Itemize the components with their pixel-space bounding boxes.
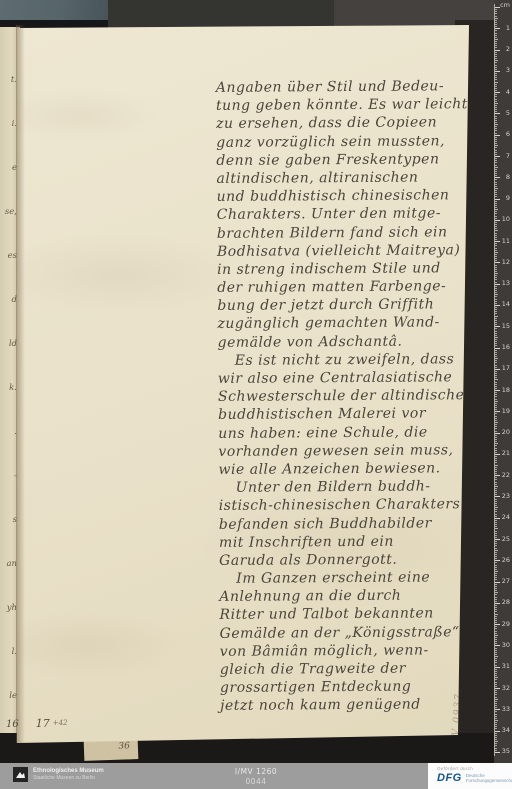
ruler-tick xyxy=(495,216,497,217)
ruler-tick xyxy=(495,186,497,187)
ruler-tick xyxy=(495,250,497,251)
handwritten-line: gleich die Tragweite der xyxy=(220,659,482,679)
ruler-tick xyxy=(495,39,498,40)
ruler-label: 26 xyxy=(502,557,510,564)
handwritten-line: mit Inschriften und ein xyxy=(219,532,481,552)
ruler-tick xyxy=(495,614,498,615)
ruler-tick xyxy=(495,377,497,378)
ruler-tick xyxy=(495,207,497,208)
ruler-tick xyxy=(495,673,497,674)
ruler-tick xyxy=(495,594,497,595)
ruler-label: 3 xyxy=(506,67,510,74)
ruler-tick xyxy=(495,84,497,85)
ruler-label: 19 xyxy=(502,408,510,415)
ruler-tick xyxy=(495,96,497,97)
handwritten-line: uns haben: eine Schule, die xyxy=(218,423,480,443)
ruler-tick xyxy=(495,145,498,146)
ruler-tick xyxy=(495,331,497,332)
ruler-tick xyxy=(495,482,497,483)
ruler-tick xyxy=(495,577,497,578)
ruler-tick xyxy=(495,20,497,21)
ruler-tick xyxy=(495,562,497,563)
ruler-tick xyxy=(495,116,497,117)
handwritten-line: Bodhisatva (vielleicht Maitreya) xyxy=(217,241,479,261)
ruler-tick xyxy=(495,492,497,493)
ruler-tick xyxy=(495,203,497,204)
ruler-tick xyxy=(495,367,497,368)
ruler-tick xyxy=(495,511,497,512)
ruler-tick xyxy=(495,479,497,480)
ruler-tick xyxy=(495,179,497,180)
ruler-tick xyxy=(495,422,498,423)
ruler-tick xyxy=(495,326,500,327)
ruler-tick xyxy=(495,694,497,695)
ruler-tick xyxy=(495,296,497,297)
ruler-tick xyxy=(495,569,497,570)
handwritten-line: wir also eine Centralasiatische xyxy=(218,368,480,388)
ruler-tick xyxy=(495,416,497,417)
ruler-tick xyxy=(495,143,497,144)
ruler-label: 11 xyxy=(502,238,510,245)
ruler-tick xyxy=(495,748,497,749)
dfg-logo: Gefördert durch DFG Deutsche Forschungsg… xyxy=(428,763,512,789)
ruler-tick xyxy=(495,724,497,725)
ruler-tick xyxy=(495,333,497,334)
ruler-tick xyxy=(495,165,497,166)
ruler-tick xyxy=(495,471,497,472)
ruler-tick xyxy=(495,284,500,285)
dfg-org-line2: Forschungsgemeinschaft xyxy=(466,778,512,784)
ruler-label: 4 xyxy=(506,89,510,96)
ruler-tick xyxy=(495,133,497,134)
ruler-tick xyxy=(495,528,498,529)
ruler-tick xyxy=(495,358,498,359)
ruler-tick xyxy=(495,516,497,517)
ruler-tick xyxy=(495,196,497,197)
ruler-tick xyxy=(495,582,500,583)
ruler-tick xyxy=(495,652,497,653)
ruler-tick xyxy=(495,35,497,36)
ruler-label: 27 xyxy=(502,578,510,585)
ruler-tick xyxy=(495,705,497,706)
ruler-tick xyxy=(495,7,500,8)
ruler-tick xyxy=(495,275,497,276)
ruler-tick xyxy=(495,379,498,380)
ruler-tick xyxy=(495,418,497,419)
ruler-tick xyxy=(495,496,500,497)
ruler-tick xyxy=(495,41,497,42)
handwritten-line: wie alle Anzeichen bewiesen. xyxy=(218,459,480,479)
ruler-tick xyxy=(495,390,500,391)
ruler-tick xyxy=(495,584,497,585)
ruler-tick xyxy=(495,16,497,17)
ruler-tick xyxy=(495,473,497,474)
handwritten-line: grossartigen Entdeckung xyxy=(220,677,482,697)
ruler-tick xyxy=(495,324,497,325)
ruler-tick xyxy=(495,441,497,442)
ruler-tick xyxy=(495,154,497,155)
ruler-tick xyxy=(495,616,497,617)
ruler-tick xyxy=(495,728,497,729)
handwritten-line: zugänglich gemachten Wand- xyxy=(217,314,479,334)
ruler-tick xyxy=(495,365,497,366)
ruler-tick xyxy=(495,475,500,476)
ruler-tick xyxy=(495,716,497,717)
ruler-tick xyxy=(495,465,498,466)
ruler-tick xyxy=(495,118,497,119)
ruler-tick xyxy=(495,697,497,698)
footer-bar: Ethnologisches Museum Staatliche Museen … xyxy=(0,763,512,789)
handwritten-line: Unter den Bildern buddh- xyxy=(219,477,481,497)
ruler-tick xyxy=(495,33,497,34)
ruler-tick xyxy=(495,339,497,340)
ruler-label: 1 xyxy=(506,25,510,32)
ruler-tick xyxy=(495,637,497,638)
ruler-tick xyxy=(495,213,497,214)
handwritten-line: jetzt noch kaum genügend xyxy=(220,695,482,715)
ruler-tick xyxy=(495,371,497,372)
ruler-tick xyxy=(495,490,497,491)
ruler-tick xyxy=(495,486,498,487)
ruler-tick xyxy=(495,360,497,361)
ruler-tick xyxy=(495,394,497,395)
ruler-tick xyxy=(495,701,497,702)
ruler-tick xyxy=(495,124,498,125)
ruler-label: 30 xyxy=(502,642,510,649)
ruler-tick xyxy=(495,156,500,157)
ruler-tick xyxy=(495,571,498,572)
ruler-tick xyxy=(495,65,497,66)
ruler-tick xyxy=(495,120,497,121)
ruler-tick xyxy=(495,654,497,655)
ruler-tick xyxy=(495,501,497,502)
ruler-tick xyxy=(495,71,500,72)
ruler-tick xyxy=(495,239,497,240)
ruler-tick xyxy=(495,433,500,434)
ruler-tick xyxy=(495,426,497,427)
ruler-tick xyxy=(495,524,497,525)
ruler-tick xyxy=(495,277,497,278)
ruler-tick xyxy=(495,354,497,355)
ruler-tick xyxy=(495,86,497,87)
ruler-tick xyxy=(495,477,497,478)
ruler-label: 35 xyxy=(502,748,510,755)
ruler-label: 24 xyxy=(502,514,510,521)
ruler-tick xyxy=(495,599,497,600)
ruler-tick xyxy=(495,722,497,723)
ruler-tick xyxy=(495,448,497,449)
ruler-label: 31 xyxy=(502,663,510,670)
funding-prefix: Gefördert durch xyxy=(437,766,473,771)
ruler-tick xyxy=(495,267,497,268)
ruler-tick xyxy=(495,113,500,114)
ruler-tick xyxy=(495,437,497,438)
ruler-tick xyxy=(495,175,497,176)
ruler-tick xyxy=(495,139,497,140)
ruler-tick xyxy=(495,107,497,108)
ruler-tick xyxy=(495,47,497,48)
ruler-tick xyxy=(495,656,498,657)
ruler-tick xyxy=(495,56,497,57)
ruler-tick xyxy=(495,548,497,549)
ruler-tick xyxy=(495,462,497,463)
ruler-tick xyxy=(495,739,497,740)
ruler-tick xyxy=(495,735,497,736)
ruler-label: 33 xyxy=(502,706,510,713)
ruler-tick xyxy=(495,67,497,68)
ruler-tick xyxy=(495,631,497,632)
ruler-tick xyxy=(495,579,497,580)
ruler-tick xyxy=(495,345,497,346)
ruler-tick xyxy=(495,73,497,74)
ruler-tick xyxy=(495,82,498,83)
ruler-tick xyxy=(495,171,497,172)
ruler-tick xyxy=(495,286,497,287)
ruler-tick xyxy=(495,130,497,131)
ruler-tick xyxy=(495,150,497,151)
ruler-tick xyxy=(495,128,497,129)
ruler-label: 21 xyxy=(502,450,510,457)
ruler-tick xyxy=(495,494,497,495)
pencil-number: 36 xyxy=(118,741,130,751)
ruler-tick xyxy=(495,58,497,59)
ruler-tick xyxy=(495,201,497,202)
ruler-tick xyxy=(495,609,497,610)
ruler-tick xyxy=(495,147,497,148)
ruler-tick xyxy=(495,182,497,183)
ruler-tick xyxy=(495,503,497,504)
ruler-tick xyxy=(495,699,498,700)
ruler-tick xyxy=(495,309,497,310)
ruler-label: 23 xyxy=(502,493,510,500)
ruler-tick xyxy=(495,714,497,715)
ruler-tick xyxy=(495,641,497,642)
ruler-tick xyxy=(495,454,500,455)
ruler-tick xyxy=(495,620,497,621)
ruler-tick xyxy=(495,675,497,676)
ruler-tick xyxy=(495,167,498,168)
ruler-tick xyxy=(495,62,497,63)
ruler-tick xyxy=(495,586,497,587)
ruler-tick xyxy=(495,316,498,317)
ruler-tick xyxy=(495,648,497,649)
ruler-tick xyxy=(495,105,497,106)
ruler-tick xyxy=(495,435,497,436)
ruler-tick xyxy=(495,469,497,470)
ruler-tick xyxy=(495,282,497,283)
ruler-tick xyxy=(495,428,497,429)
ruler-label: 20 xyxy=(502,429,510,436)
ruler-tick xyxy=(495,273,498,274)
ruler-tick xyxy=(495,137,497,138)
ruler-tick xyxy=(495,375,497,376)
ruler-tick xyxy=(495,399,497,400)
ruler-tick xyxy=(495,539,500,540)
ruler-tick xyxy=(495,507,498,508)
ruler-tick xyxy=(495,650,497,651)
ruler-tick xyxy=(495,401,498,402)
ruler-tick xyxy=(495,109,497,110)
ruler-tick xyxy=(495,290,497,291)
handwritten-line: Gemälde an der „Königsstraße“ xyxy=(220,623,482,643)
ruler-tick xyxy=(495,350,497,351)
ruler-tick xyxy=(495,218,497,219)
ruler-tick xyxy=(495,162,497,163)
ruler-tick xyxy=(495,11,497,12)
ruler-tick xyxy=(495,233,497,234)
ruler-tick xyxy=(495,488,497,489)
ruler-tick xyxy=(495,262,500,263)
handwritten-line: der ruhigen matten Farbenge- xyxy=(217,277,479,297)
ruler-tick xyxy=(495,624,500,625)
ruler-tick xyxy=(495,269,497,270)
ruler-tick xyxy=(495,252,498,253)
handwritten-line: Garuda als Donnergott. xyxy=(219,550,481,570)
ruler-tick xyxy=(495,228,497,229)
ruler-label: 9 xyxy=(506,195,510,202)
ruler-tick xyxy=(495,575,497,576)
handwritten-line: Anlehnung an die durch xyxy=(219,586,481,606)
manuscript-page: Angaben über Stil und Bedeu-tung geben k… xyxy=(17,25,469,743)
ruler-tick xyxy=(495,545,497,546)
ruler-tick xyxy=(495,343,497,344)
ruler-tick xyxy=(495,99,497,100)
ruler-tick xyxy=(495,409,497,410)
ruler-tick xyxy=(495,152,497,153)
ruler-tick xyxy=(495,245,497,246)
ruler-tick xyxy=(495,731,500,732)
ruler-tick xyxy=(495,303,497,304)
ruler-tick xyxy=(495,601,497,602)
ruler-tick xyxy=(495,460,497,461)
ruler-tick xyxy=(495,703,497,704)
handwritten-line: vorhanden gewesen sein muss, xyxy=(218,441,480,461)
ruler-label: 14 xyxy=(502,301,510,308)
ruler-tick xyxy=(495,531,497,532)
ruler-label: 29 xyxy=(502,621,510,628)
ruler-tick xyxy=(495,111,497,112)
ruler-tick xyxy=(495,373,497,374)
ruler-label: 16 xyxy=(502,344,510,351)
handwritten-line: Ritter und Talbot bekannten xyxy=(219,605,481,625)
ruler-label: 32 xyxy=(502,685,510,692)
ruler-tick xyxy=(495,341,497,342)
ruler-tick xyxy=(495,43,497,44)
ruler-tick xyxy=(495,388,497,389)
handwriting-block: Angaben über Stil und Bedeu-tung geben k… xyxy=(216,77,482,715)
ruler-tick xyxy=(495,543,497,544)
ruler-tick xyxy=(495,618,497,619)
ruler-tick xyxy=(495,9,497,10)
ruler-tick xyxy=(495,37,497,38)
ruler-tick xyxy=(495,709,500,710)
ruler-tick xyxy=(495,420,497,421)
ruler-label: 25 xyxy=(502,536,510,543)
ruler-tick xyxy=(495,235,497,236)
ruler-tick xyxy=(495,101,497,102)
ruler-tick xyxy=(495,256,497,257)
ruler-tick xyxy=(495,52,497,53)
ruler-tick xyxy=(495,467,497,468)
ruler-tick xyxy=(495,558,497,559)
ruler-tick xyxy=(495,665,497,666)
ruler-tick xyxy=(495,103,498,104)
ruler-tick xyxy=(495,597,497,598)
ruler-tick xyxy=(495,662,497,663)
ruler-tick xyxy=(495,514,497,515)
ruler-tick xyxy=(495,711,497,712)
ruler-tick xyxy=(495,450,497,451)
ruler-tick xyxy=(495,320,497,321)
ruler-tick xyxy=(495,18,498,19)
ruler-tick xyxy=(495,573,497,574)
ruler-tick xyxy=(495,88,497,89)
ruler-tick xyxy=(495,224,497,225)
handwritten-line: Angaben über Stil und Bedeu- xyxy=(216,77,478,97)
ruler-tick xyxy=(495,209,498,210)
handwritten-line: istisch-chinesischen Charakters xyxy=(219,495,481,515)
handwritten-line: Es ist nicht zu zweifeln, dass xyxy=(218,350,480,370)
ruler-tick xyxy=(495,741,498,742)
ruler-tick xyxy=(495,318,497,319)
ruler-tick xyxy=(495,443,498,444)
handwritten-line: gemälde von Adschantâ. xyxy=(218,332,480,352)
ruler-tick xyxy=(495,322,497,323)
ruler-tick xyxy=(495,590,497,591)
ruler-tick xyxy=(495,682,497,683)
ruler-tick xyxy=(495,194,497,195)
handwritten-line: buddhistischen Malerei vor xyxy=(218,404,480,424)
ruler-tick xyxy=(495,405,497,406)
ruler-tick xyxy=(495,169,497,170)
ruler-tick xyxy=(495,352,497,353)
ruler-tick xyxy=(495,679,497,680)
ruler-tick xyxy=(495,643,497,644)
ruler-tick xyxy=(495,658,497,659)
ruler-label: 6 xyxy=(506,131,510,138)
ruler-label: 10 xyxy=(502,216,510,223)
ruler-tick xyxy=(495,526,497,527)
ruler-tick xyxy=(495,26,497,27)
ruler-tick xyxy=(495,294,498,295)
ruler-label: 5 xyxy=(506,110,510,117)
ruler-tick xyxy=(495,413,497,414)
ruler-tick xyxy=(495,635,498,636)
ruler-tick xyxy=(495,158,497,159)
ruler-tick xyxy=(495,335,497,336)
ruler-tick xyxy=(495,386,497,387)
ruler-tick xyxy=(495,307,497,308)
ruler-tick xyxy=(495,22,497,23)
ruler-label: 12 xyxy=(502,259,510,266)
ruler-label: 18 xyxy=(502,387,510,394)
pencil-number: +42 xyxy=(53,719,68,727)
ruler-tick xyxy=(495,69,497,70)
ruler-tick xyxy=(495,220,500,221)
ruler-tick xyxy=(495,686,497,687)
ruler-tick xyxy=(495,222,497,223)
ruler-tick xyxy=(495,556,497,557)
ruler-tick xyxy=(495,299,497,300)
ruler-tick xyxy=(495,518,500,519)
ruler-tick xyxy=(495,626,497,627)
ruler-tick xyxy=(495,660,497,661)
ruler-label: 7 xyxy=(506,153,510,160)
ruler-tick xyxy=(495,533,497,534)
ruler-tick xyxy=(495,592,498,593)
ruler-tick xyxy=(495,537,497,538)
ruler-tick xyxy=(495,452,497,453)
